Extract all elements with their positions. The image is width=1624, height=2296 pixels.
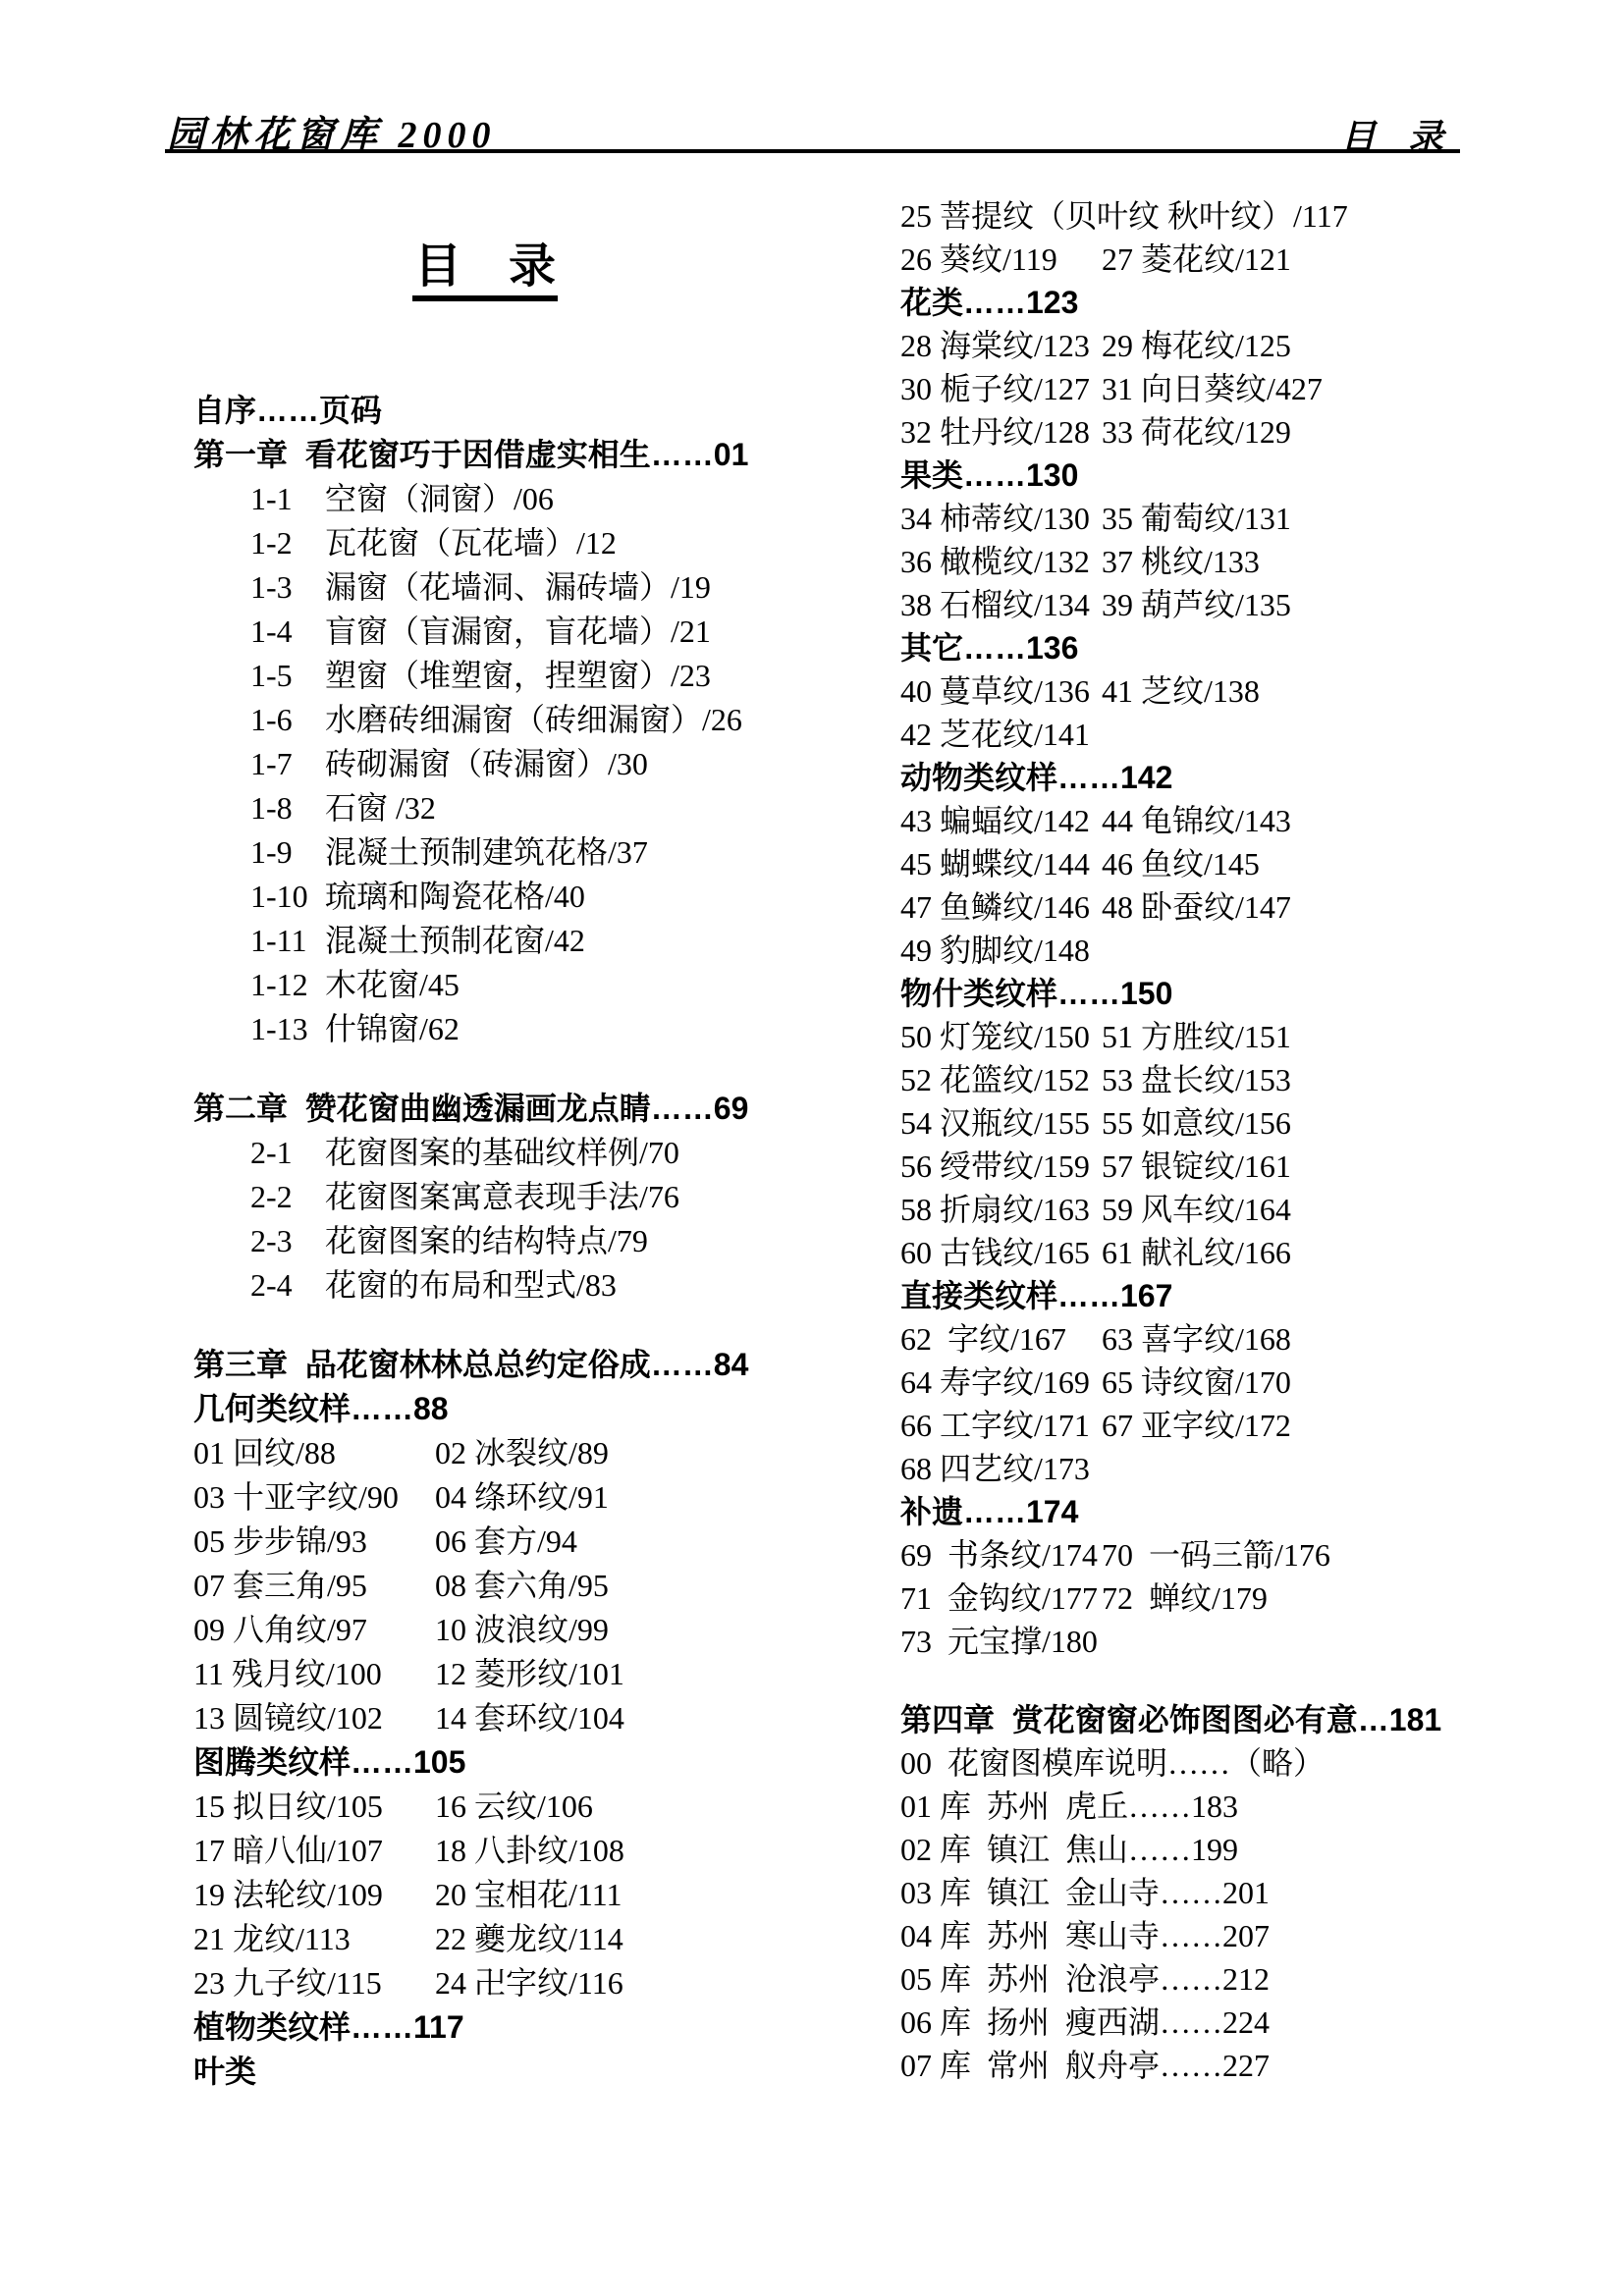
toc-entry: 1-12木花窗/45	[193, 963, 822, 1007]
toc-entry: 1-8石窗 /32	[193, 786, 822, 830]
toc-heading: 物什类纹样……150	[900, 972, 1529, 1015]
toc-entry: 71 金钩纹/17772 蝉纹/179	[900, 1576, 1529, 1620]
entry-left: 66 工字纹/171	[900, 1404, 1102, 1447]
entry-text: 04 库 苏州 寒山寺……207	[900, 1918, 1270, 1953]
header-rule	[165, 149, 1460, 153]
toc-page: 园林花窗库 2000 目 录 目 录 自序……页码第一章 看花窗巧于因借虚实相生…	[0, 0, 1624, 2296]
entry-number: 1-1	[250, 477, 325, 521]
entry-right: 24 卍字纹/116	[435, 1965, 623, 2001]
toc-heading: 直接类纹样……167	[900, 1274, 1529, 1317]
entry-text: 自序……页码	[193, 393, 382, 428]
toc-heading: 花类……123	[900, 281, 1529, 324]
entry-right: 37 桃纹/133	[1102, 544, 1260, 579]
entry-text: 花窗的布局和型式/83	[325, 1267, 617, 1303]
entry-number: 1-10	[250, 875, 325, 919]
toc-entry: 1-10琉璃和陶瓷花格/40	[193, 875, 822, 919]
toc-entry: 69 书条纹/17470 一码三箭/176	[900, 1533, 1529, 1576]
entry-number: 1-13	[250, 1007, 325, 1051]
entry-left: 64 寿字纹/169	[900, 1361, 1102, 1404]
entry-left: 28 海棠纹/123	[900, 324, 1102, 367]
entry-left: 58 折扇纹/163	[900, 1188, 1102, 1231]
entry-text: 49 豹脚纹/148	[900, 933, 1090, 968]
toc-heading: 补遗……174	[900, 1490, 1529, 1533]
entry-number: 1-6	[250, 698, 325, 742]
toc-heading: 自序……页码	[193, 389, 822, 433]
entry-left: 34 柿蒂纹/130	[900, 497, 1102, 540]
entry-text: 花类……123	[900, 285, 1078, 320]
toc-entry: 2-4花窗的布局和型式/83	[193, 1263, 822, 1308]
toc-entry: 2-3花窗图案的结构特点/79	[193, 1219, 822, 1263]
blank-line	[193, 1308, 822, 1343]
entry-right: 63 喜字纹/168	[1102, 1321, 1291, 1357]
blank-line	[193, 1051, 822, 1087]
entry-right: 04 绦环纹/91	[435, 1479, 609, 1515]
entry-left: 30 栀子纹/127	[900, 367, 1102, 410]
toc-entry: 23 九子纹/11524 卍字纹/116	[193, 1961, 822, 2005]
toc-entry: 00 花窗图模库说明……（略）	[900, 1741, 1529, 1785]
entry-right: 39 葫芦纹/135	[1102, 587, 1291, 622]
entry-right: 10 波浪纹/99	[435, 1612, 609, 1647]
entry-text: 混凝土预制花窗/42	[325, 923, 585, 958]
entry-right: 59 风车纹/164	[1102, 1192, 1291, 1227]
toc-entry: 1-13什锦窗/62	[193, 1007, 822, 1051]
entry-text: 什锦窗/62	[325, 1011, 460, 1046]
entry-number: 2-3	[250, 1219, 325, 1263]
toc-entry: 1-4盲窗（盲漏窗，盲花墙）/21	[193, 610, 822, 654]
entry-left: 38 石榴纹/134	[900, 583, 1102, 626]
toc-entry: 40 蔓草纹/13641 芝纹/138	[900, 669, 1529, 713]
entry-text: 砖砌漏窗（砖漏窗）/30	[325, 746, 648, 781]
entry-right: 08 套六角/95	[435, 1568, 609, 1603]
entry-text: 琉璃和陶瓷花格/40	[325, 879, 585, 914]
entry-text: 06 库 扬州 瘦西湖……224	[900, 2004, 1270, 2040]
toc-entry: 03 库 镇江 金山寺……201	[900, 1871, 1529, 1914]
entry-left: 03 十亚字纹/90	[193, 1475, 435, 1520]
entry-right: 18 八卦纹/108	[435, 1833, 624, 1868]
toc-entry: 62 字纹/16763 喜字纹/168	[900, 1317, 1529, 1361]
entry-left: 50 灯笼纹/150	[900, 1015, 1102, 1058]
entry-text: 花窗图案的基础纹样例/70	[325, 1135, 679, 1170]
toc-heading: 其它……136	[900, 626, 1529, 669]
toc-entry: 47 鱼鳞纹/14648 卧蚕纹/147	[900, 885, 1529, 929]
entry-left: 26 葵纹/119	[900, 238, 1102, 281]
entry-number: 1-8	[250, 786, 325, 830]
toc-heading: 几何类纹样……88	[193, 1387, 822, 1431]
toc-entry: 15 拟日纹/10516 云纹/106	[193, 1785, 822, 1829]
entry-left: 23 九子纹/115	[193, 1961, 435, 2005]
entry-text: 空窗（洞窗）/06	[325, 481, 554, 516]
toc-entry: 03 十亚字纹/9004 绦环纹/91	[193, 1475, 822, 1520]
toc-column-left: 自序……页码第一章 看花窗巧于因借虚实相生……011-1空窗（洞窗）/061-2…	[193, 389, 822, 2094]
toc-heading: 第一章 看花窗巧于因借虚实相生……01	[193, 433, 822, 477]
entry-text: 补遗……174	[900, 1494, 1078, 1529]
toc-entry: 34 柿蒂纹/13035 葡萄纹/131	[900, 497, 1529, 540]
entry-number: 2-4	[250, 1263, 325, 1308]
toc-entry: 01 库 苏州 虎丘……183	[900, 1785, 1529, 1828]
entry-right: 20 宝相花/111	[435, 1877, 623, 1912]
toc-entry: 09 八角纹/9710 波浪纹/99	[193, 1608, 822, 1652]
entry-left: 69 书条纹/174	[900, 1533, 1102, 1576]
entry-left: 47 鱼鳞纹/146	[900, 885, 1102, 929]
entry-right: 70 一码三箭/176	[1102, 1537, 1330, 1573]
entry-text: 几何类纹样……88	[193, 1391, 449, 1426]
entry-left: 17 暗八仙/107	[193, 1829, 435, 1873]
toc-heading: 动物类纹样……142	[900, 756, 1529, 799]
toc-entry: 1-11混凝土预制花窗/42	[193, 919, 822, 963]
entry-text: 07 库 常州 舣舟亭……227	[900, 2048, 1270, 2083]
entry-right: 44 龟锦纹/143	[1102, 803, 1291, 838]
entry-right: 46 鱼纹/145	[1102, 846, 1260, 881]
entry-text: 叶类	[193, 2054, 256, 2089]
entry-right: 48 卧蚕纹/147	[1102, 889, 1291, 925]
entry-right: 53 盘长纹/153	[1102, 1062, 1291, 1097]
toc-entry: 01 回纹/8802 冰裂纹/89	[193, 1431, 822, 1475]
toc-entry: 07 套三角/9508 套六角/95	[193, 1564, 822, 1608]
entry-left: 32 牡丹纹/128	[900, 410, 1102, 454]
toc-entry: 36 橄榄纹/13237 桃纹/133	[900, 540, 1529, 583]
toc-entry: 32 牡丹纹/12833 荷花纹/129	[900, 410, 1529, 454]
entry-number: 1-4	[250, 610, 325, 654]
toc-entry: 1-9混凝土预制建筑花格/37	[193, 830, 822, 875]
toc-heading: 植物类纹样……117	[193, 2005, 822, 2050]
toc-entry: 1-5塑窗（堆塑窗，捏塑窗）/23	[193, 654, 822, 698]
entry-number: 1-9	[250, 830, 325, 875]
entry-text: 果类……130	[900, 457, 1078, 493]
entry-text: 直接类纹样……167	[900, 1278, 1172, 1313]
toc-entry: 30 栀子纹/12731 向日葵纹/427	[900, 367, 1529, 410]
entry-left: 36 橄榄纹/132	[900, 540, 1102, 583]
toc-entry: 50 灯笼纹/15051 方胜纹/151	[900, 1015, 1529, 1058]
toc-heading: 叶类	[193, 2050, 822, 2094]
toc-entry: 68 四艺纹/173	[900, 1447, 1529, 1490]
entry-right: 27 菱花纹/121	[1102, 241, 1291, 277]
entry-left: 62 字纹/167	[900, 1317, 1102, 1361]
toc-column-right: 25 菩提纹（贝叶纹 秋叶纹）/11726 葵纹/11927 菱花纹/121花类…	[900, 194, 1529, 2087]
entry-text: 03 库 镇江 金山寺……201	[900, 1875, 1270, 1910]
page-title: 目 录	[412, 241, 558, 301]
entry-right: 22 夔龙纹/114	[435, 1921, 623, 1956]
entry-left: 45 蝴蝶纹/144	[900, 842, 1102, 885]
toc-entry: 64 寿字纹/16965 诗纹窗/170	[900, 1361, 1529, 1404]
toc-entry: 05 库 苏州 沧浪亭……212	[900, 1957, 1529, 2001]
toc-entry: 07 库 常州 舣舟亭……227	[900, 2044, 1529, 2087]
toc-entry: 43 蝙蝠纹/14244 龟锦纹/143	[900, 799, 1529, 842]
toc-entry: 1-7砖砌漏窗（砖漏窗）/30	[193, 742, 822, 786]
entry-left: 56 绶带纹/159	[900, 1145, 1102, 1188]
toc-entry: 58 折扇纹/16359 风车纹/164	[900, 1188, 1529, 1231]
entry-right: 02 冰裂纹/89	[435, 1435, 609, 1470]
entry-right: 16 云纹/106	[435, 1789, 593, 1824]
entry-right: 72 蝉纹/179	[1102, 1580, 1268, 1616]
entry-right: 55 如意纹/156	[1102, 1105, 1291, 1141]
toc-entry: 73 元宝撑/180	[900, 1620, 1529, 1663]
entry-number: 2-1	[250, 1131, 325, 1175]
entry-right: 65 诗纹窗/170	[1102, 1364, 1291, 1400]
entry-text: 动物类纹样……142	[900, 760, 1172, 795]
entry-right: 57 银锭纹/161	[1102, 1148, 1291, 1184]
toc-entry: 06 库 扬州 瘦西湖……224	[900, 2001, 1529, 2044]
entry-left: 60 古钱纹/165	[900, 1231, 1102, 1274]
toc-entry: 13 圆镜纹/10214 套环纹/104	[193, 1696, 822, 1740]
entry-text: 第一章 看花窗巧于因借虚实相生……01	[193, 437, 748, 472]
toc-entry: 28 海棠纹/12329 梅花纹/125	[900, 324, 1529, 367]
entry-text: 第四章 赏花窗窗必饰图图必有意…181	[900, 1702, 1441, 1737]
entry-text: 68 四艺纹/173	[900, 1451, 1090, 1486]
entry-text: 73 元宝撑/180	[900, 1624, 1098, 1659]
entry-text: 花窗图案的结构特点/79	[325, 1223, 648, 1258]
entry-text: 02 库 镇江 焦山……199	[900, 1832, 1238, 1867]
entry-left: 40 蔓草纹/136	[900, 669, 1102, 713]
entry-text: 05 库 苏州 沧浪亭……212	[900, 1961, 1270, 1997]
entry-text: 图腾类纹样……105	[193, 1744, 465, 1780]
entry-text: 植物类纹样……117	[193, 2009, 464, 2045]
toc-heading: 图腾类纹样……105	[193, 1740, 822, 1785]
entry-number: 1-5	[250, 654, 325, 698]
entry-text: 花窗图案寓意表现手法/76	[325, 1179, 679, 1214]
entry-text: 石窗 /32	[325, 790, 436, 826]
toc-entry: 1-3漏窗（花墙洞、漏砖墙）/19	[193, 565, 822, 610]
entry-left: 15 拟日纹/105	[193, 1785, 435, 1829]
entry-right: 31 向日葵纹/427	[1102, 371, 1323, 406]
entry-right: 14 套环纹/104	[435, 1700, 624, 1735]
toc-entry: 02 库 镇江 焦山……199	[900, 1828, 1529, 1871]
toc-entry: 25 菩提纹（贝叶纹 秋叶纹）/117	[900, 194, 1529, 238]
toc-entry: 49 豹脚纹/148	[900, 929, 1529, 972]
toc-entry: 54 汉瓶纹/15555 如意纹/156	[900, 1101, 1529, 1145]
entry-left: 19 法轮纹/109	[193, 1873, 435, 1917]
entry-right: 29 梅花纹/125	[1102, 328, 1291, 363]
toc-entry: 19 法轮纹/10920 宝相花/111	[193, 1873, 822, 1917]
toc-entry: 66 工字纹/17167 亚字纹/172	[900, 1404, 1529, 1447]
toc-entry: 1-6水磨砖细漏窗（砖细漏窗）/26	[193, 698, 822, 742]
entry-text: 00 花窗图模库说明……（略）	[900, 1745, 1325, 1781]
entry-right: 61 献礼纹/166	[1102, 1235, 1291, 1270]
toc-heading: 第二章 赞花窗曲幽透漏画龙点睛……69	[193, 1087, 822, 1131]
entry-right: 12 菱形纹/101	[435, 1656, 624, 1691]
entry-number: 1-3	[250, 565, 325, 610]
entry-left: 01 回纹/88	[193, 1431, 435, 1475]
entry-left: 52 花篮纹/152	[900, 1058, 1102, 1101]
toc-entry: 04 库 苏州 寒山寺……207	[900, 1914, 1529, 1957]
blank-line	[900, 1663, 1529, 1698]
entry-left: 43 蝙蝠纹/142	[900, 799, 1102, 842]
toc-entry: 42 芝花纹/141	[900, 713, 1529, 756]
entry-text: 漏窗（花墙洞、漏砖墙）/19	[325, 569, 711, 605]
entry-text: 水磨砖细漏窗（砖细漏窗）/26	[325, 702, 742, 737]
toc-heading: 果类……130	[900, 454, 1529, 497]
entry-text: 其它……136	[900, 630, 1078, 666]
toc-entry: 38 石榴纹/13439 葫芦纹/135	[900, 583, 1529, 626]
entry-left: 71 金钩纹/177	[900, 1576, 1102, 1620]
toc-heading: 第三章 品花窗林林总总约定俗成……84	[193, 1343, 822, 1387]
toc-entry: 1-2瓦花窗（瓦花墙）/12	[193, 521, 822, 565]
entry-left: 09 八角纹/97	[193, 1608, 435, 1652]
entry-number: 2-2	[250, 1175, 325, 1219]
entry-text: 木花窗/45	[325, 967, 460, 1002]
entry-right: 67 亚字纹/172	[1102, 1408, 1291, 1443]
entry-text: 第二章 赞花窗曲幽透漏画龙点睛……69	[193, 1091, 748, 1126]
toc-entry: 45 蝴蝶纹/14446 鱼纹/145	[900, 842, 1529, 885]
entry-right: 33 荷花纹/129	[1102, 414, 1291, 450]
entry-left: 11 残月纹/100	[193, 1652, 435, 1696]
entry-text: 42 芝花纹/141	[900, 717, 1090, 752]
toc-entry: 52 花篮纹/15253 盘长纹/153	[900, 1058, 1529, 1101]
toc-entry: 17 暗八仙/10718 八卦纹/108	[193, 1829, 822, 1873]
entry-text: 盲窗（盲漏窗，盲花墙）/21	[325, 614, 711, 649]
entry-text: 混凝土预制建筑花格/37	[325, 834, 648, 870]
toc-entry: 1-1空窗（洞窗）/06	[193, 477, 822, 521]
entry-text: 01 库 苏州 虎丘……183	[900, 1789, 1238, 1824]
entry-text: 物什类纹样……150	[900, 976, 1172, 1011]
toc-heading: 第四章 赏花窗窗必饰图图必有意…181	[900, 1698, 1529, 1741]
toc-entry: 2-2花窗图案寓意表现手法/76	[193, 1175, 822, 1219]
entry-text: 瓦花窗（瓦花墙）/12	[325, 525, 617, 561]
entry-number: 1-12	[250, 963, 325, 1007]
toc-entry: 2-1花窗图案的基础纹样例/70	[193, 1131, 822, 1175]
entry-right: 51 方胜纹/151	[1102, 1019, 1291, 1054]
entry-left: 07 套三角/95	[193, 1564, 435, 1608]
toc-entry: 05 步步锦/9306 套方/94	[193, 1520, 822, 1564]
toc-entry: 21 龙纹/11322 夔龙纹/114	[193, 1917, 822, 1961]
entry-number: 1-7	[250, 742, 325, 786]
entry-right: 41 芝纹/138	[1102, 673, 1260, 709]
entry-left: 21 龙纹/113	[193, 1917, 435, 1961]
toc-entry: 56 绶带纹/15957 银锭纹/161	[900, 1145, 1529, 1188]
entry-number: 1-11	[250, 919, 325, 963]
entry-right: 06 套方/94	[435, 1523, 577, 1559]
entry-text: 25 菩提纹（贝叶纹 秋叶纹）/117	[900, 198, 1348, 234]
toc-entry: 26 葵纹/11927 菱花纹/121	[900, 238, 1529, 281]
entry-text: 塑窗（堆塑窗，捏塑窗）/23	[325, 658, 711, 693]
entry-left: 13 圆镜纹/102	[193, 1696, 435, 1740]
toc-entry: 11 残月纹/10012 菱形纹/101	[193, 1652, 822, 1696]
toc-entry: 60 古钱纹/16561 献礼纹/166	[900, 1231, 1529, 1274]
entry-left: 05 步步锦/93	[193, 1520, 435, 1564]
entry-left: 54 汉瓶纹/155	[900, 1101, 1102, 1145]
entry-right: 35 葡萄纹/131	[1102, 501, 1291, 536]
entry-text: 第三章 品花窗林林总总约定俗成……84	[193, 1347, 748, 1382]
entry-number: 1-2	[250, 521, 325, 565]
